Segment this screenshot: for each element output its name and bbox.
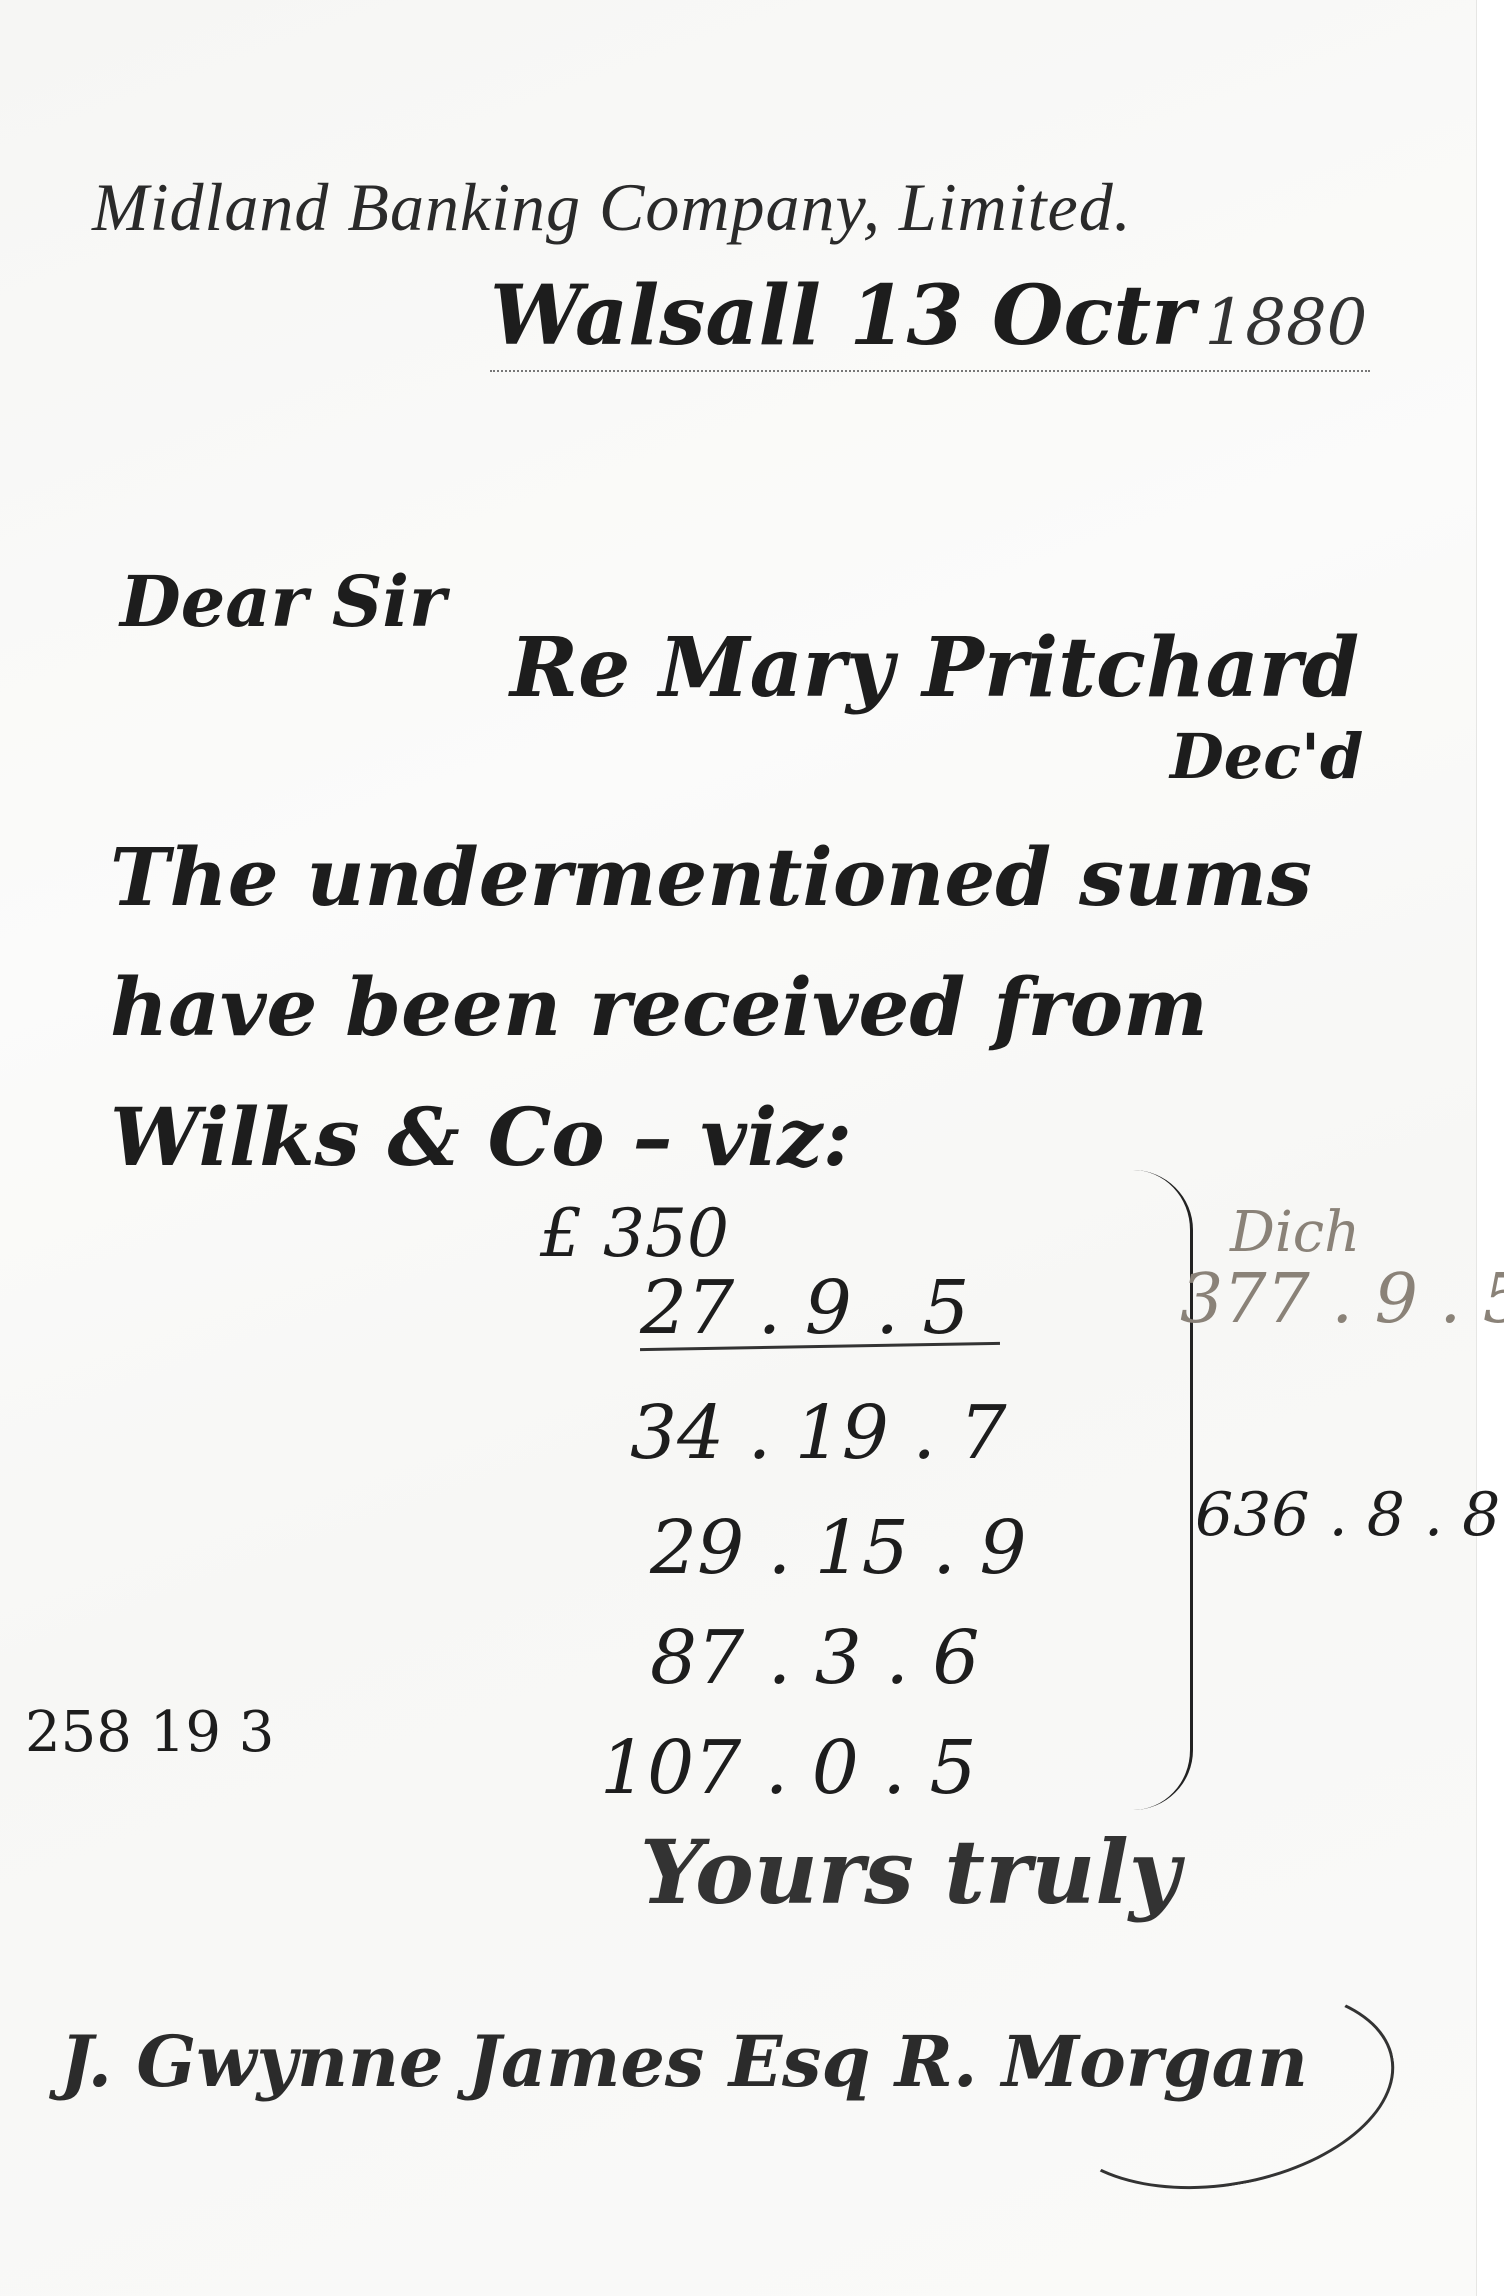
body-line-3: Wilks & Co – viz:: [110, 1090, 852, 1184]
closing: Yours truly: [640, 1820, 1180, 1924]
amount-item: 107 . 0 . 5: [600, 1725, 977, 1811]
body-line-1: The undermentioned sums: [110, 830, 1312, 924]
reference-deceased: Dec'd: [1170, 720, 1363, 793]
date-year: 1880: [1205, 286, 1368, 360]
paper-edge: [1476, 0, 1504, 2296]
letterhead: Midland Banking Company, Limited.: [92, 168, 1132, 247]
pencil-note-label: Dich: [1230, 1200, 1360, 1265]
bracket-total: 636 . 8 . 8: [1195, 1480, 1500, 1550]
date-place-day: Walsall 13 Octr: [490, 268, 1195, 364]
margin-note: 258 19 3: [25, 1700, 274, 1765]
date-dotted-line: [490, 370, 1370, 372]
pencil-note-amount: 377 . 9 . 5: [1180, 1260, 1504, 1339]
salutation: Dear Sir: [120, 560, 446, 643]
letter-date: Walsall 13 Octr1880: [490, 268, 1367, 364]
amount-item: £ 350: [540, 1195, 729, 1272]
amount-item: 27 . 9 . 5: [640, 1265, 969, 1351]
body-line-2: have been received from: [110, 960, 1208, 1054]
amount-item: 87 . 3 . 6: [650, 1615, 979, 1701]
amount-item: 29 . 15 . 9: [650, 1505, 1027, 1591]
amount-item: 34 . 19 . 7: [630, 1390, 1007, 1476]
reference-line: Re Mary Pritchard: [510, 620, 1359, 716]
